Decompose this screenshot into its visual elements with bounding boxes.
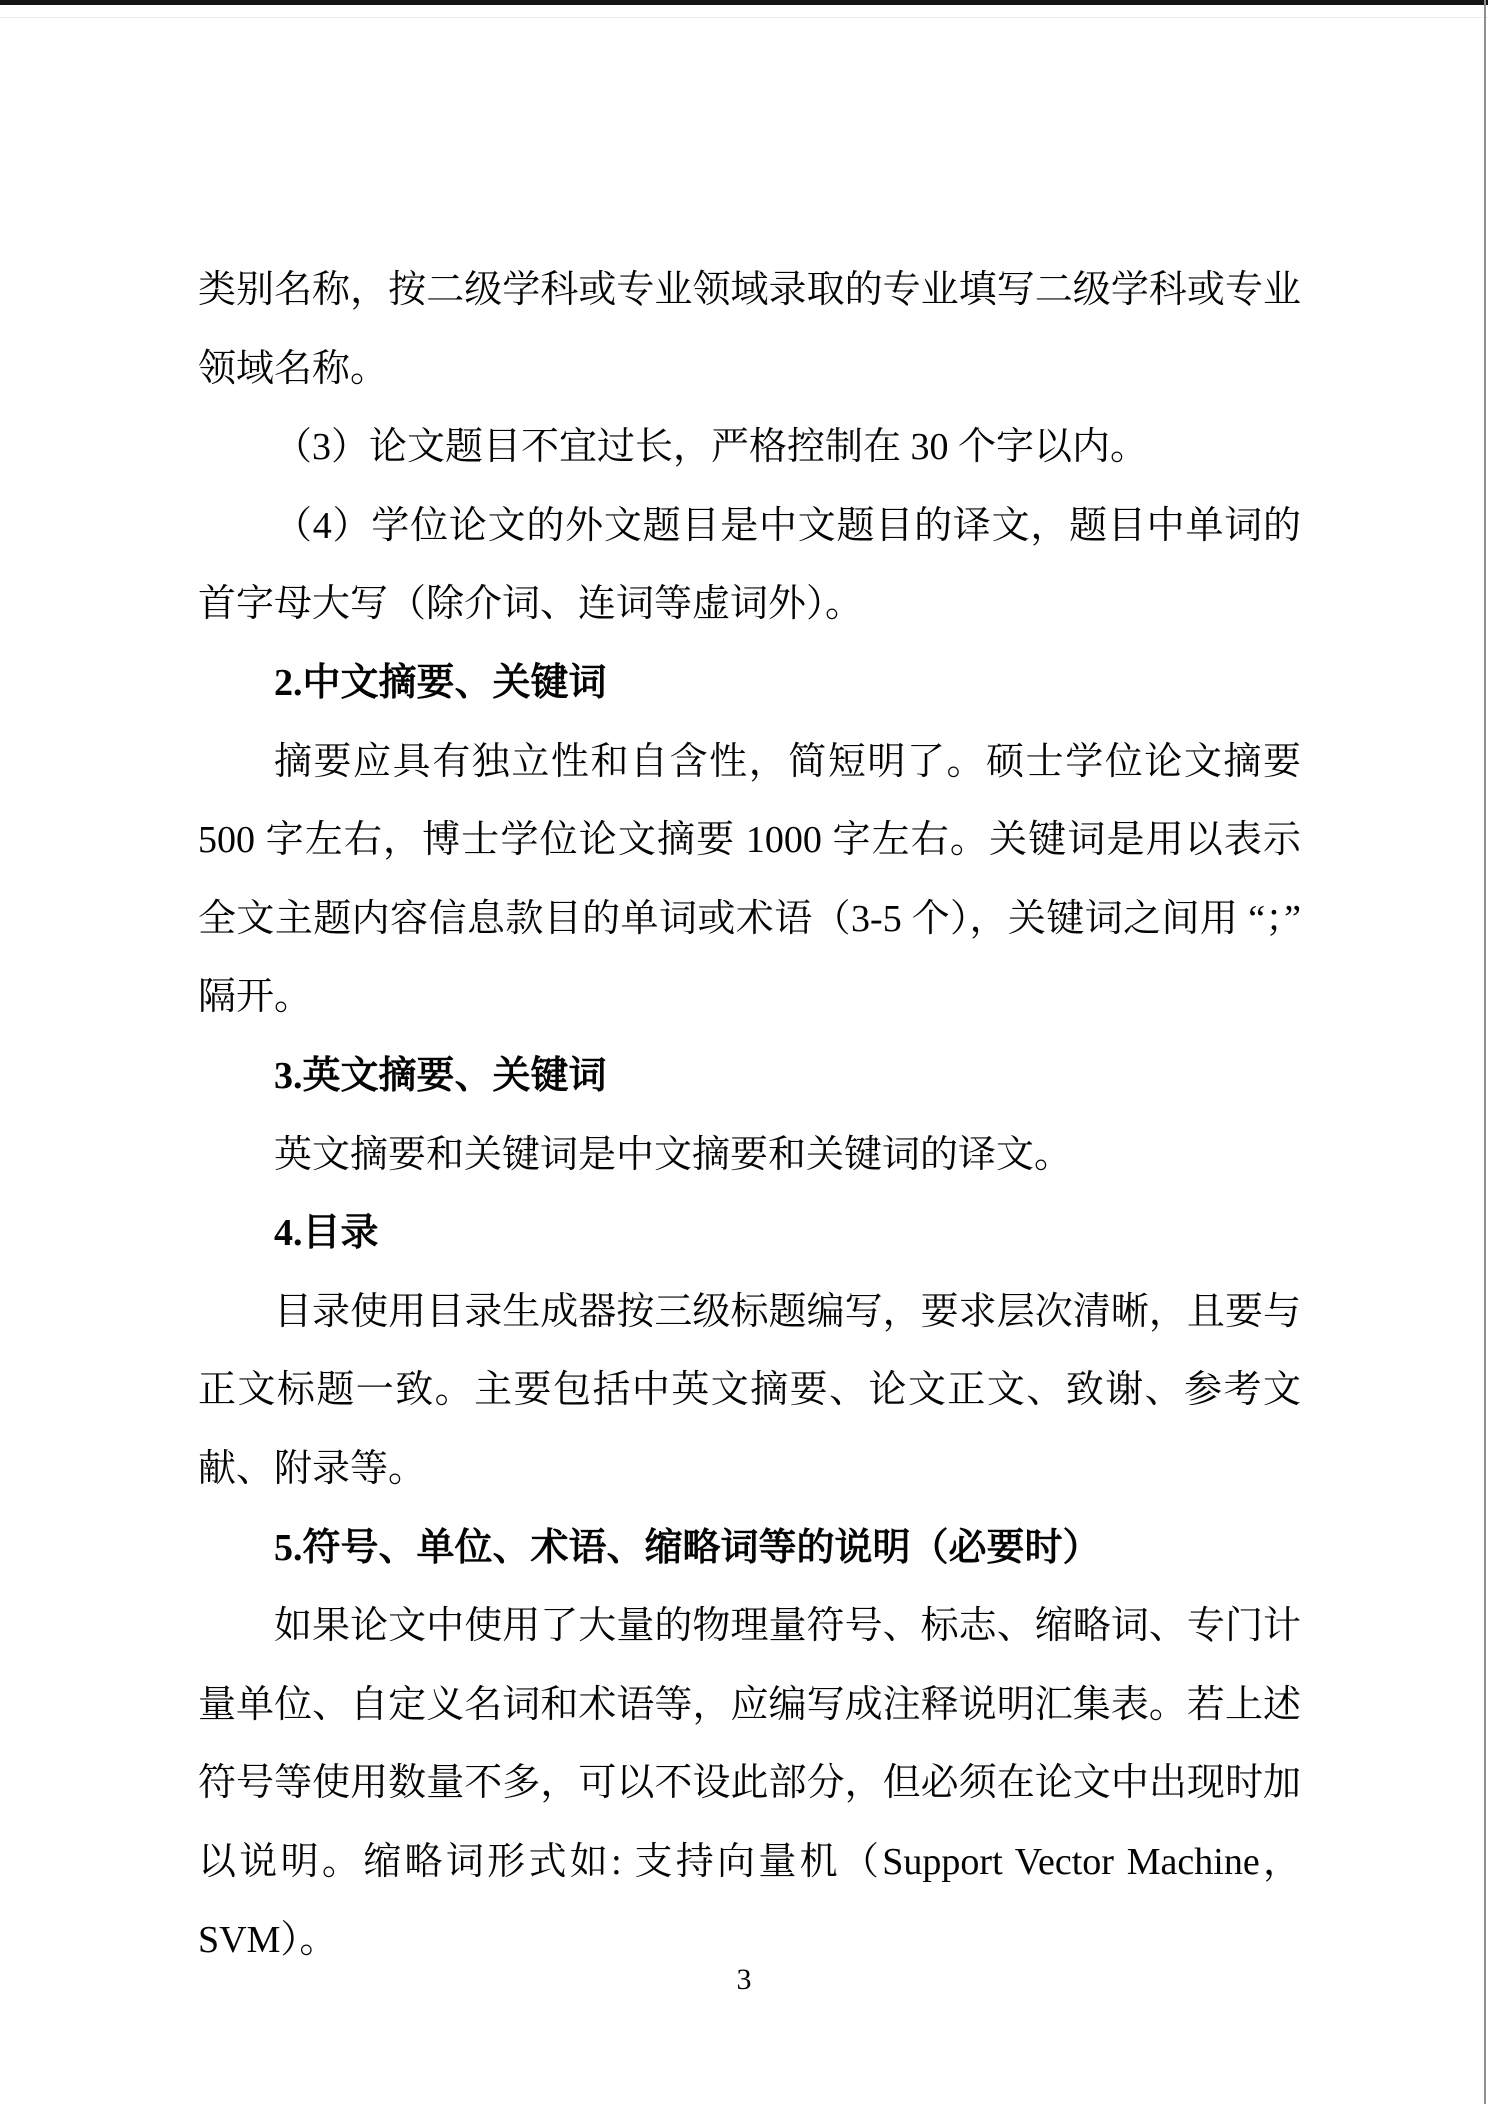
section-heading: 2.中文摘要、关键词 [198, 644, 1301, 723]
body-paragraph: 目录使用目录生成器按三级标题编写，要求层次清晰，且要与正文标题一致。主要包括中英… [198, 1273, 1301, 1509]
body-paragraph: （3）论文题目不宜过长，严格控制在 30 个字以内。 [198, 408, 1301, 487]
document-page: { "page": { "number": "3", "background_c… [0, 0, 1488, 2104]
section-heading: 3.英文摘要、关键词 [198, 1037, 1301, 1116]
body-paragraph: （4）学位论文的外文题目是中文题目的译文，题目中单词的首字母大写（除介词、连词等… [198, 487, 1301, 644]
body-paragraph: 如果论文中使用了大量的物理量符号、标志、缩略词、专门计量单位、自定义名词和术语等… [198, 1587, 1301, 1980]
page-number: 3 [0, 1960, 1488, 2000]
body-paragraph: 类别名称，按二级学科或专业领域录取的专业填写二级学科或专业领域名称。 [198, 251, 1301, 408]
document-body: 类别名称，按二级学科或专业领域录取的专业填写二级学科或专业领域名称。（3）论文题… [198, 251, 1301, 1980]
scan-top-faint-line [0, 17, 1488, 18]
scan-right-edge-line [1484, 0, 1486, 2104]
scan-top-edge-bar [0, 0, 1488, 5]
body-paragraph: 摘要应具有独立性和自含性，简短明了。硕士学位论文摘要 500 字左右，博士学位论… [198, 723, 1301, 1037]
section-heading: 5.符号、单位、术语、缩略词等的说明（必要时） [198, 1509, 1301, 1588]
section-heading: 4.目录 [198, 1194, 1301, 1273]
body-paragraph: 英文摘要和关键词是中文摘要和关键词的译文。 [198, 1116, 1301, 1195]
